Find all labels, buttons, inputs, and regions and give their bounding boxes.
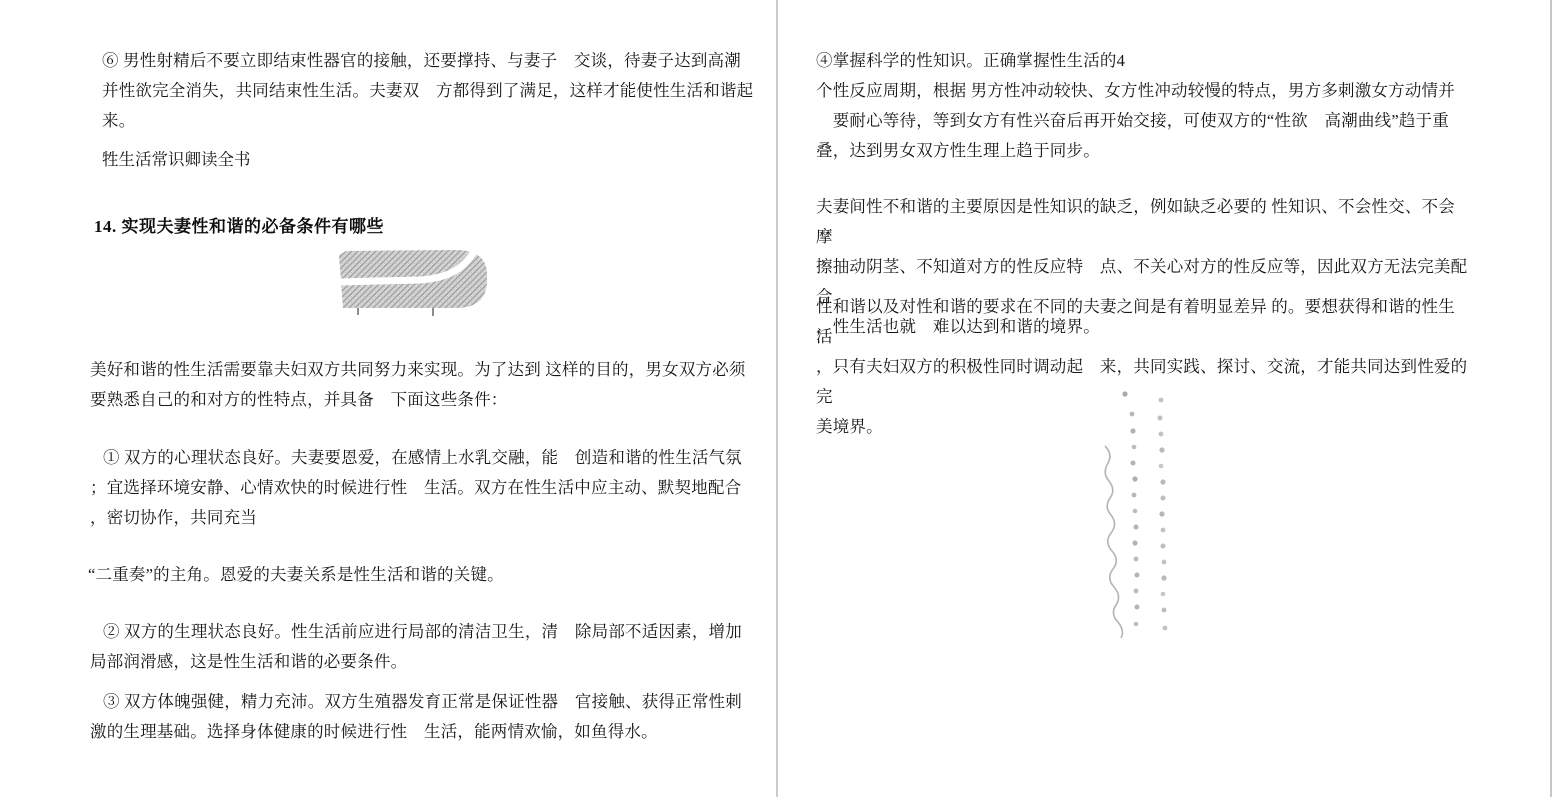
book-title-line: 牲生活常识卿读全书 <box>102 148 251 172</box>
document-viewport: ⑥ 男性射精后不要立即结束性器官的接触，还要撑持、与妻子 交谈，待妻子达到高潮 … <box>0 0 1555 797</box>
paragraph-item1: ① 双方的心理状态良好。夫妻要恩爱，在感情上水乳交融，能 创造和谐的性生活气氛 … <box>90 443 750 533</box>
page-divider-line <box>776 0 778 797</box>
section-heading: 14. 实现夫妻性和谐的必备条件有哪些 <box>94 212 384 237</box>
scanned-curve-illustration <box>338 247 490 322</box>
right-edge-line <box>1550 0 1552 797</box>
paragraph-item4: ④掌握科学的性知识。正确掌握性生活的4 个性反应周期，根据 男方性冲动较快、女方… <box>816 46 1471 166</box>
paragraph-intro: 美好和谐的性生活需要靠夫妇双方共同努力来实现。为了达到 这样的目的，男女双方必须… <box>90 355 750 415</box>
hatched-curve-graphic <box>338 247 490 317</box>
scanned-dots-illustration <box>1095 388 1185 643</box>
paragraph-item6: ⑥ 男性射精后不要立即结束性器官的接触，还要撑持、与妻子 交谈，待妻子达到高潮 … <box>102 46 757 136</box>
dotted-wave-graphic <box>1095 388 1185 638</box>
paragraph-item1-continuation: “二重奏”的主角。恩爱的夫妻关系是性生活和谐的关键。 <box>88 560 748 590</box>
paragraph-item3: ③ 双方体魄强健，精力充沛。双方生殖器发育正常是保证性器 官接触、获得正常性刺 … <box>90 687 750 747</box>
paragraph-item2: ② 双方的生理状态良好。性生活前应进行局部的清洁卫生，清 除局部不适因素，增加 … <box>90 617 750 677</box>
